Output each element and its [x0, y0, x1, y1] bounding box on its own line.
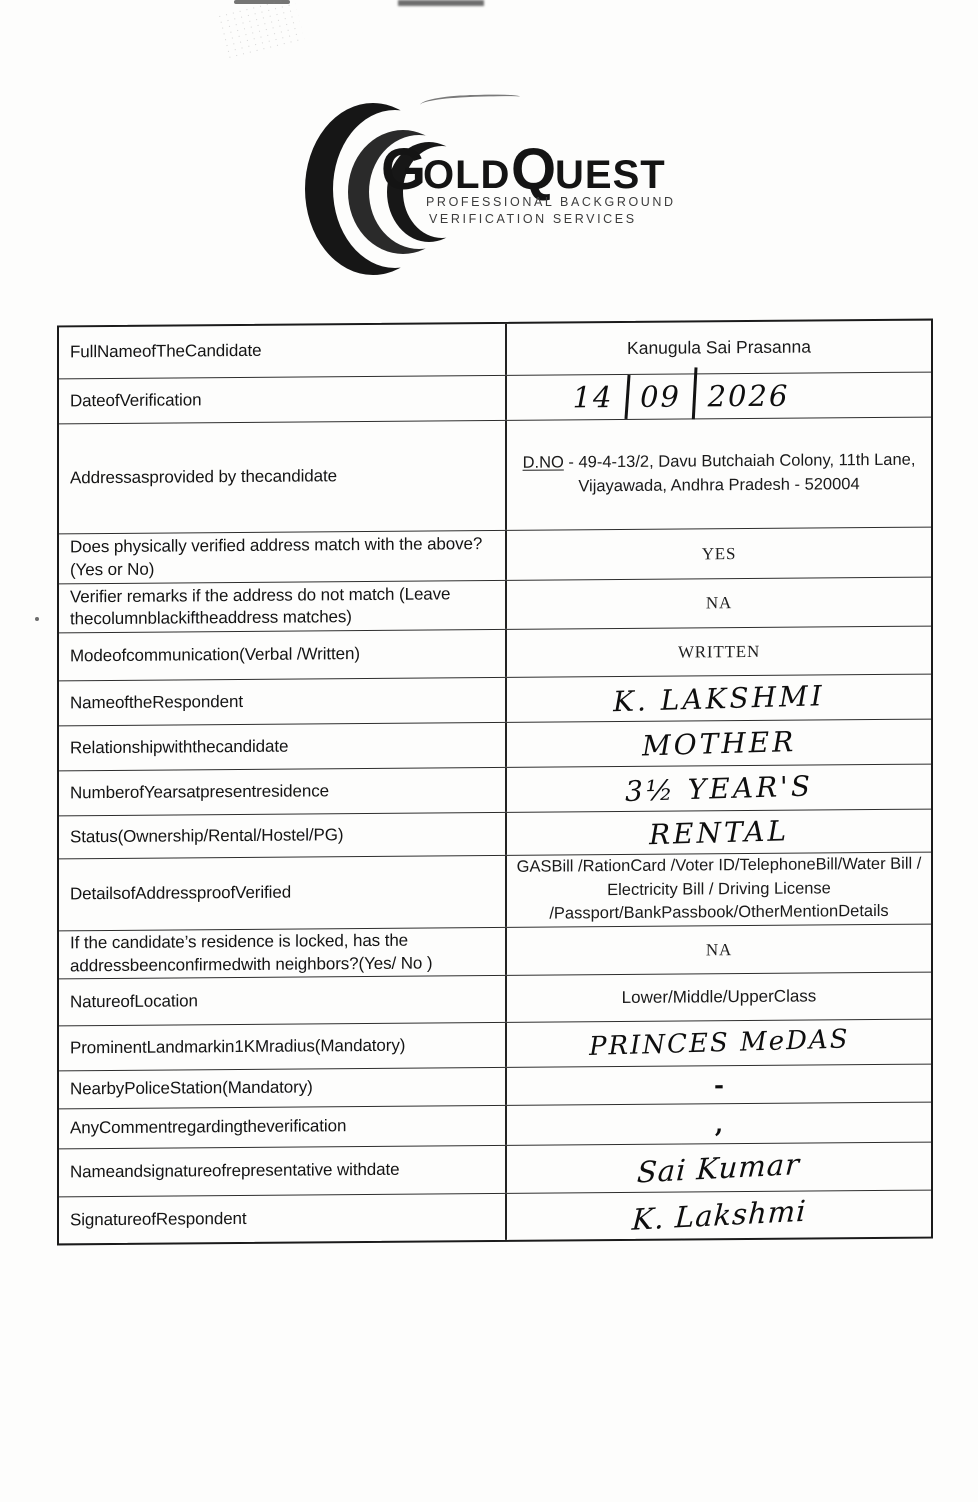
row-label: NearbyPoliceStation(Mandatory)	[59, 1068, 507, 1109]
status-value: RENTAL	[649, 814, 790, 851]
prominent-landmark-value: PRINCES MeDAS	[588, 1024, 849, 1061]
relationship-value: MOTHER	[642, 725, 797, 762]
row-label: NameoftheRespondent	[59, 678, 507, 726]
table-row-prominent-landmark: ProminentLandmarkin1KMradius(Mandatory) …	[59, 1020, 931, 1072]
row-label: Addressasprovided by thecandidate	[59, 421, 507, 534]
date-day: 14	[573, 380, 614, 414]
row-label: SignatureofRespondent	[59, 1194, 507, 1244]
candidate-name-value: Kanugula Sai Prasanna	[627, 337, 811, 359]
scan-artifact	[234, 0, 290, 4]
row-label: FullNameofTheCandidate	[59, 324, 507, 379]
scan-artifact	[216, 0, 305, 59]
row-label: Verifier remarks if the address do not m…	[59, 581, 507, 633]
address-prefix: D.NO	[523, 453, 564, 471]
ink-stroke	[624, 375, 630, 419]
table-row-respondent-signature: SignatureofRespondent K. Lakshmi	[59, 1191, 931, 1244]
residence-locked-value: NA	[706, 940, 732, 960]
row-label: AnyCommentregardingtheverification	[59, 1106, 507, 1149]
row-label: NatureofLocation	[59, 976, 507, 1026]
row-label: ProminentLandmarkin1KMradius(Mandatory)	[59, 1023, 507, 1071]
date-year: 2026	[708, 379, 790, 414]
respondent-name-value: K. LAKSHMI	[613, 679, 825, 718]
table-row-relationship: Relationshipwiththecandidate MOTHER	[59, 720, 931, 772]
nature-of-location-value: Lower/Middle/UpperClass	[622, 986, 817, 1008]
scan-artifact	[398, 0, 484, 6]
row-label: DetailsofAddressproofVerified	[59, 856, 507, 931]
date-month: 09	[640, 380, 681, 414]
row-label: Does physically verified address match w…	[59, 531, 507, 584]
address-proof-value: GASBill /RationCard /Voter ID/TelephoneB…	[512, 852, 926, 927]
mode-of-communication-value: WRITTEN	[678, 641, 760, 662]
row-label: If the candidate’s residence is locked, …	[59, 928, 507, 979]
brand-letters-uest: UEST	[555, 153, 666, 197]
table-row-full-name: FullNameofTheCandidate Kanugula Sai Pras…	[59, 321, 931, 380]
brand-letter-g: G	[381, 137, 426, 202]
scan-artifact	[35, 617, 39, 621]
table-row-mode-of-communication: Modeofcommunication(Verbal /Written) WRI…	[59, 627, 931, 682]
table-row-verifier-remarks: Verifier remarks if the address do not m…	[59, 578, 931, 634]
row-label: Relationshipwiththecandidate	[59, 723, 507, 771]
row-label: Modeofcommunication(Verbal /Written)	[59, 630, 507, 681]
any-comment-value: ,	[715, 1118, 723, 1130]
scanned-verification-form: G OLD Q UEST PROFESSIONAL BACKGROUND VER…	[0, 0, 978, 1502]
address-value: D.NO - 49-4-13/2, Davu Butchaiah Colony,…	[509, 448, 929, 499]
table-row-status: Status(Ownership/Rental/Hostel/PG) RENTA…	[59, 810, 931, 860]
address-match-value: YES	[702, 544, 737, 564]
row-label: DateofVerification	[59, 376, 507, 424]
table-row-address-match: Does physically verified address match w…	[59, 528, 931, 585]
table-row-address-proof: DetailsofAddressproofVerified GASBill /R…	[59, 853, 931, 932]
table-row-representative-signature: Nameandsignatureofrepresentative withdat…	[59, 1143, 931, 1198]
row-label: Nameandsignatureofrepresentative withdat…	[59, 1146, 507, 1197]
crescent-moons-icon: G OLD Q UEST PROFESSIONAL BACKGROUND VER…	[298, 92, 708, 292]
table-row-address: Addressasprovided by thecandidate D.NO -…	[59, 418, 931, 535]
respondent-signature: K. Lakshmi	[631, 1194, 807, 1237]
table-row-respondent-name: NameoftheRespondent K. LAKSHMI	[59, 675, 931, 727]
address-rest: - 49-4-13/2, Davu Butchaiah Colony, 11th…	[564, 450, 916, 495]
handwritten-date: 14 09 2026	[573, 370, 790, 424]
table-row-years-at-residence: NumberofYearsatpresentresidence 3½ YEAR'…	[59, 765, 931, 817]
years-at-residence-value: 3½ YEAR'S	[625, 769, 814, 807]
brand-letters-old: OLD	[423, 153, 510, 197]
representative-signature: Sai Kumar	[637, 1146, 802, 1189]
verifier-remarks-value: NA	[706, 593, 732, 613]
row-label: NumberofYearsatpresentresidence	[59, 768, 507, 816]
police-station-value: -	[714, 1079, 724, 1091]
goldquest-logo: G OLD Q UEST PROFESSIONAL BACKGROUND VER…	[298, 92, 708, 292]
row-label: Status(Ownership/Rental/Hostel/PG)	[59, 813, 507, 859]
ink-stroke	[692, 367, 697, 419]
table-row-date-of-verification: DateofVerification 14 09 2026	[59, 373, 931, 425]
verification-table: FullNameofTheCandidate Kanugula Sai Pras…	[57, 319, 933, 1246]
table-row-residence-locked: If the candidate’s residence is locked, …	[59, 925, 931, 980]
table-row-nature-of-location: NatureofLocation Lower/Middle/UpperClass	[59, 973, 931, 1027]
logo-tagline-2: VERIFICATION SERVICES	[429, 212, 637, 226]
brand-letter-q: Q	[511, 137, 556, 202]
logo-tagline-1: PROFESSIONAL BACKGROUND	[426, 195, 676, 209]
table-row-any-comment: AnyCommentregardingtheverification ,	[59, 1103, 931, 1150]
